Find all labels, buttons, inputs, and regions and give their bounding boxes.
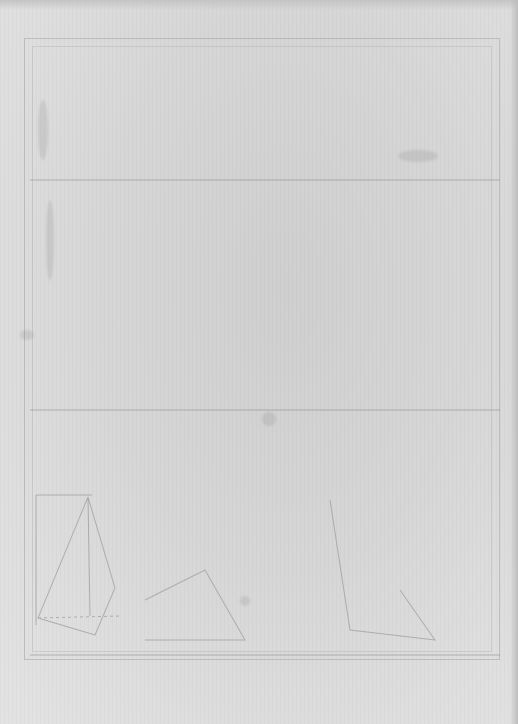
document-page — [0, 0, 518, 724]
triangle-sketch-center — [145, 570, 245, 640]
triangle-sketch-right — [330, 500, 435, 640]
pyramid-sketch — [38, 497, 120, 635]
pencil-sketches — [0, 0, 518, 724]
